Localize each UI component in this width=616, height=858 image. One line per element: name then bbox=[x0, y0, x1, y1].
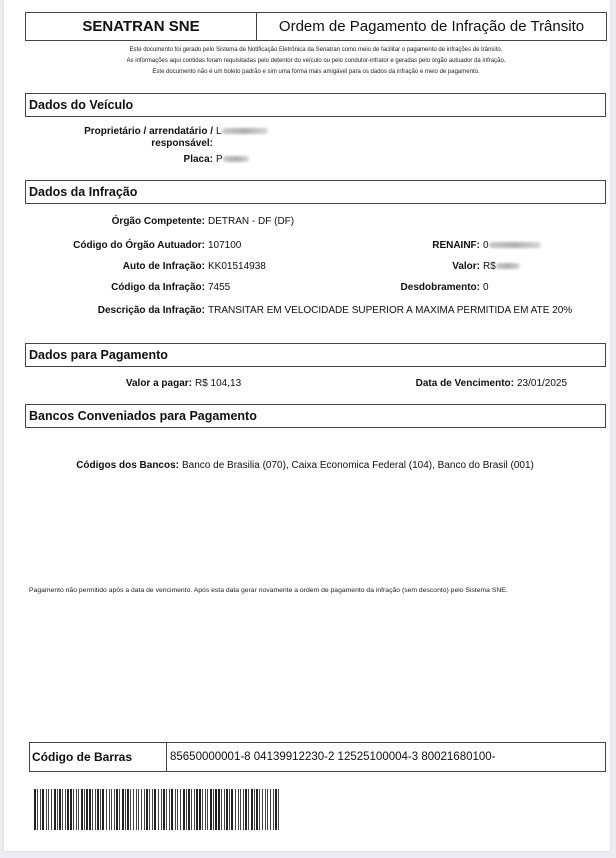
section-header-infracao: Dados da Infração bbox=[25, 180, 606, 204]
barcode-digits-box: Código de Barras 85650000001-8 041399122… bbox=[29, 742, 606, 772]
section-header-pagamento: Dados para Pagamento bbox=[25, 343, 606, 367]
document-title: Ordem de Pagamento de Infração de Trânsi… bbox=[257, 13, 606, 40]
field-proprietario: Proprietário / arrendatário /L bbox=[70, 126, 268, 137]
field-label: Desdobramento: bbox=[344, 282, 480, 293]
field-label: Proprietário / arrendatário / bbox=[70, 126, 213, 137]
redacted-value bbox=[222, 128, 268, 134]
field-codigo-orgao: Código do Órgão Autuador:107100 bbox=[24, 240, 241, 251]
field-value: TRANSITAR EM VELOCIDADE SUPERIOR A MAXIM… bbox=[208, 305, 572, 316]
field-value: R$ 104,13 bbox=[195, 378, 241, 389]
field-label: RENAINF: bbox=[344, 240, 480, 251]
barcode-image bbox=[34, 789, 281, 830]
barcode-digits: 85650000001-8 04139912230-2 12525100004-… bbox=[167, 743, 605, 771]
field-value: L bbox=[216, 126, 222, 137]
notice-line: As informações aqui contidas foram requi… bbox=[25, 56, 607, 67]
field-auto-infracao: Auto de Infração:KK01514938 bbox=[24, 261, 266, 272]
field-label: Código da Infração: bbox=[24, 282, 205, 293]
redacted-value bbox=[496, 263, 520, 269]
field-value: P bbox=[216, 154, 223, 165]
field-label: Códigos dos Bancos: bbox=[24, 460, 179, 471]
field-value: KK01514938 bbox=[208, 261, 266, 272]
field-label: Órgão Competente: bbox=[24, 216, 205, 227]
field-valor-a-pagar: Valor a pagar:R$ 104,13 bbox=[24, 378, 241, 389]
brand-title: SENATRAN SNE bbox=[26, 13, 257, 40]
field-value: 0 bbox=[483, 282, 489, 293]
field-label: Descrição da Infração: bbox=[24, 305, 205, 316]
field-label: Valor: bbox=[344, 261, 480, 272]
field-label: Auto de Infração: bbox=[24, 261, 205, 272]
field-label: responsável: bbox=[70, 138, 213, 149]
field-label: Data de Vencimento: bbox=[344, 378, 514, 389]
field-label: Valor a pagar: bbox=[24, 378, 192, 389]
field-codigo-infracao: Código da Infração:7455 bbox=[24, 282, 230, 293]
field-descricao: Descrição da Infração:TRANSITAR EM VELOC… bbox=[24, 305, 572, 316]
field-codigos-bancos: Códigos dos Bancos:Banco de Brasilia (07… bbox=[24, 460, 534, 471]
notice-line: Este documento não é um boleto padrão e … bbox=[25, 67, 607, 78]
redacted-value bbox=[223, 156, 249, 162]
field-proprietario-cont: responsável: bbox=[70, 138, 213, 149]
field-label: Código do Órgão Autuador: bbox=[24, 240, 205, 251]
field-data-vencimento: Data de Vencimento:23/01/2025 bbox=[344, 378, 567, 389]
field-label: Placa: bbox=[70, 154, 213, 165]
field-value: Banco de Brasilia (070), Caixa Economica… bbox=[182, 460, 534, 471]
field-value: 0 bbox=[483, 240, 489, 251]
field-renainf: RENAINF:0 bbox=[344, 240, 541, 251]
notice-line: Este documento foi gerado pelo Sistema d… bbox=[25, 45, 607, 56]
barcode-label: Código de Barras bbox=[30, 743, 167, 771]
field-valor: Valor:R$ bbox=[344, 261, 520, 272]
section-header-bancos: Bancos Conveniados para Pagamento bbox=[25, 404, 606, 428]
footnote-text: Pagamento não permitido após a data de v… bbox=[29, 586, 589, 595]
field-value: DETRAN - DF (DF) bbox=[208, 216, 294, 227]
document-page: SENATRAN SNE Ordem de Pagamento de Infra… bbox=[4, 0, 610, 851]
section-header-veiculo: Dados do Veículo bbox=[25, 93, 606, 117]
field-value: 23/01/2025 bbox=[517, 378, 567, 389]
document-header: SENATRAN SNE Ordem de Pagamento de Infra… bbox=[25, 12, 607, 41]
field-value: R$ bbox=[483, 261, 496, 272]
notice-text: Este documento foi gerado pelo Sistema d… bbox=[25, 45, 607, 78]
field-desdobramento: Desdobramento:0 bbox=[344, 282, 489, 293]
field-orgao-competente: Órgão Competente:DETRAN - DF (DF) bbox=[24, 216, 294, 227]
redacted-value bbox=[489, 242, 541, 248]
field-placa: Placa:P bbox=[70, 154, 249, 165]
field-value: 107100 bbox=[208, 240, 241, 251]
field-value: 7455 bbox=[208, 282, 230, 293]
